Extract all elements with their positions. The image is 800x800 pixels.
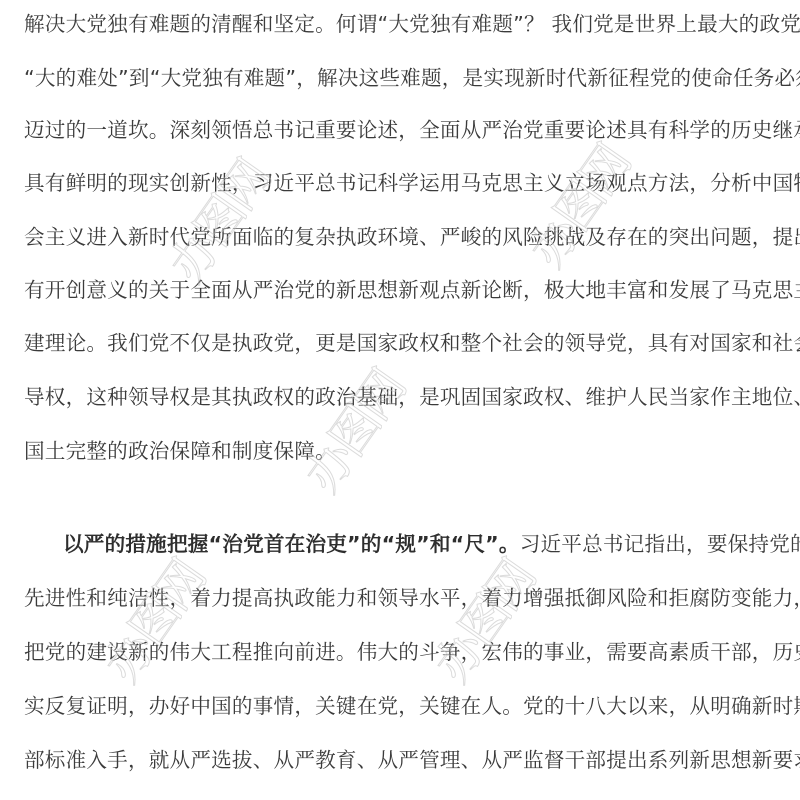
text-line: 部标准入手，就从严选拔、从严教育、从严管理、从严监督干部提出系列新思想新要求新举 [24,746,776,774]
watermark: 办图网 [150,146,282,294]
text-span: 习近平总书记指出，要保持党的 [520,532,800,556]
text-line: 迈过的一道坎。深刻领悟总书记重要论述，全面从严治党重要论述具有科学的历史继承性、 [24,116,776,144]
paragraph-heading: 以严的措施把握“治党首在治吏”的“规”和“尺”。 [63,532,520,556]
text-line: 导权，这种领导权是其执政权的政治基础，是巩固国家政权、维护人民当家作主地位、保卫 [24,383,776,411]
text-line: “大的难处”到“大党独有难题”，解决这些难题，是实现新时代新征程党的使命任务必须 [24,64,776,92]
text-line: 把党的建设新的伟大工程推向前进。伟大的斗争，宏伟的事业，需要高素质干部，历史和现 [24,638,776,666]
document-page: 解决大党独有难题的清醒和坚定。何谓“大党独有难题”？ 我们党是世界上最大的政党，… [0,0,800,800]
watermark: 办图网 [285,356,417,504]
text-line: 有开创意义的关于全面从严治党的新思想新观点新论断，极大地丰富和发展了马克思主义党 [24,276,776,304]
watermark: 办图网 [415,546,547,694]
text-line: 建理论。我们党不仅是执政党，更是国家政权和整个社会的领导党，具有对国家和社会的领 [24,329,776,357]
text-line: 会主义进入新时代党所面临的复杂执政环境、严峻的风险挑战及存在的突出问题，提出了具 [24,223,776,251]
paragraph-heading-line: 以严的措施把握“治党首在治吏”的“规”和“尺”。习近平总书记指出，要保持党的 [63,530,800,558]
text-line: 实反复证明，办好中国的事情，关键在党，关键在人。党的十八大以来，从明确新时期好干 [24,692,776,720]
text-line: 具有鲜明的现实创新性，习近平总书记科学运用马克思主义立场观点方法，分析中国特色社 [24,169,776,197]
text-line: 国土完整的政治保障和制度保障。 [24,437,776,465]
watermark: 办图网 [510,131,642,279]
text-line: 先进性和纯洁性，着力提高执政能力和领导水平，着力增强抵御风险和拒腐防变能力，不断 [24,584,776,612]
watermark: 办图网 [85,546,217,694]
text-line: 解决大党独有难题的清醒和坚定。何谓“大党独有难题”？ 我们党是世界上最大的政党，… [24,10,776,38]
